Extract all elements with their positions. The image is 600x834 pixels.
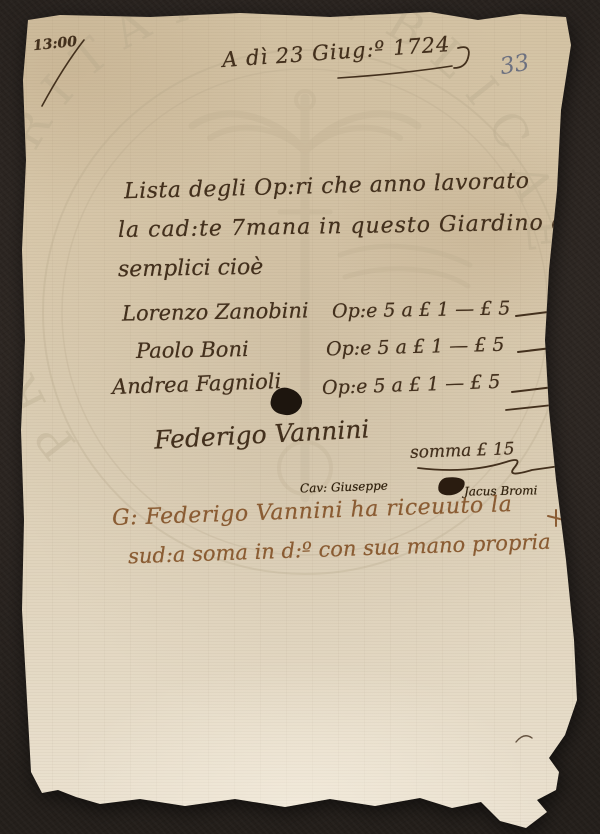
paper-shadow: PROSPERITATI PVBLICAE 13:00 A dì 23 Giug… [0, 0, 600, 834]
manuscript-paper: PROSPERITATI PVBLICAE 13:00 A dì 23 Giug… [0, 0, 600, 834]
scan-background: PROSPERITATI PVBLICAE 13:00 A dì 23 Giug… [0, 0, 600, 834]
heading-line-3: semplici cioè [118, 255, 264, 283]
folio-number: 33 [498, 50, 531, 81]
worker-row-amount: Op:e 5 a £ 1 — £ 5 [326, 334, 505, 361]
worker-row-name: Paolo Boni [136, 337, 249, 363]
sum-line: somma £ 15 [410, 439, 515, 463]
worker-row-amount: Op:e 5 a £ 1 — £ 5 [332, 297, 511, 322]
worker-row-name: Lorenzo Zanobini [122, 298, 309, 325]
